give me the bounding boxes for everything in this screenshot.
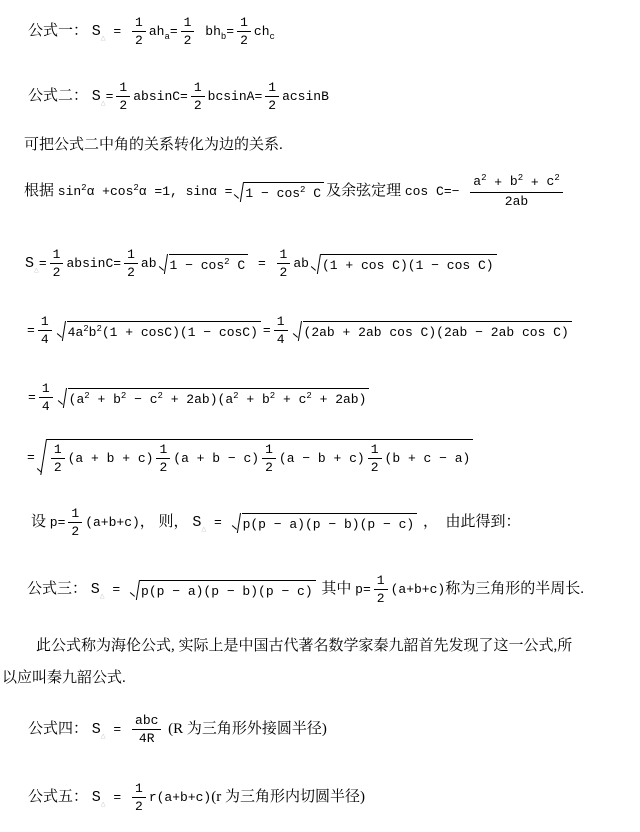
fraction: 12 <box>132 781 146 814</box>
fraction-numerator: abc <box>132 713 161 730</box>
cjk-text: 根据 <box>24 182 58 201</box>
cjk-text: 以应叫秦九韶公式. <box>2 669 126 688</box>
fraction-denominator: 2 <box>119 97 127 113</box>
sup-base-text: cos <box>110 184 133 199</box>
superscripted-term: a2 <box>473 174 486 191</box>
math-text: α + <box>87 183 110 200</box>
derivation-step-1-line: S△=12absinC=12ab1 − cos2 C = 12ab(1 + co… <box>25 247 499 280</box>
note-angle-to-side-line: 可把公式二中角的关系转化为边的关系. <box>24 136 283 155</box>
fraction: abc4R <box>132 713 161 746</box>
subscripted-term: aha <box>149 24 170 39</box>
radicand: p(p − a)(p − b)(p − c) <box>140 580 316 600</box>
math-text: 1 − <box>170 257 201 274</box>
square-root: 1 − cos2 C <box>159 254 249 274</box>
fraction-numerator: 1 <box>262 442 276 459</box>
fraction: 14 <box>38 314 52 347</box>
fraction: 12 <box>68 506 82 539</box>
radicand: (1 + cos C)(1 − cos C) <box>321 254 497 274</box>
fraction-numerator: 1 <box>124 247 138 264</box>
math-text: (a − b + c) <box>279 450 365 467</box>
fraction: 12 <box>156 442 170 475</box>
superscripted-term: cos2 <box>277 186 306 201</box>
triangle-area-symbol: S△ <box>25 255 39 272</box>
derivation-step-3-line: =14(a2 + b2 − c2 + 2ab)(a2 + b2 + c2 + 2… <box>28 381 371 414</box>
radicand: 12(a + b + c)12(a + b − c)12(a − b + c)1… <box>47 439 474 475</box>
fraction-numerator: 1 <box>132 15 146 32</box>
superscripted-term: a2 <box>76 392 89 407</box>
triangle-subscript-icon: △ <box>34 266 39 275</box>
sup-base-text: c <box>150 392 158 407</box>
math-text: = <box>206 514 229 531</box>
cjk-text: 公式四： <box>28 720 92 739</box>
fraction-numerator: 1 <box>237 15 251 32</box>
radicand: p(p − a)(p − b)(p − c) <box>242 513 418 533</box>
fraction-denominator: 2 <box>371 459 379 475</box>
fraction-denominator: 2 <box>135 32 143 48</box>
fraction-denominator: 4 <box>41 331 49 347</box>
math-text: ab <box>141 255 157 272</box>
math-document-page: 公式一： S△ = 12aha=12 bhb=12chc 公式二： S△=12a… <box>0 0 640 832</box>
fraction-numerator: 1 <box>51 442 65 459</box>
fraction-denominator: 2 <box>268 97 276 113</box>
math-text: = <box>250 255 273 272</box>
fraction-denominator: 2 <box>240 32 248 48</box>
math-text: absinC= <box>133 88 188 105</box>
fraction-numerator: 1 <box>156 442 170 459</box>
fraction-denominator: 2 <box>159 459 167 475</box>
square-root: p(p − a)(p − b)(p − c) <box>130 580 316 600</box>
sub-base-text: S <box>25 255 34 272</box>
triangle-area-symbol: S△ <box>92 23 106 40</box>
cjk-text: 公式二： <box>28 87 92 106</box>
math-text: p(p − a)(p − b)(p − c) <box>141 583 313 600</box>
sub-base-text: S <box>92 721 101 738</box>
sub-base-text: S <box>192 514 201 531</box>
fraction-denominator: 2ab <box>505 193 528 209</box>
cjk-text: 此公式称为海伦公式, 实际上是中国古代著名数学家秦九韶首先发现了这一公式,所 <box>36 637 572 656</box>
radical-sign-icon <box>57 321 67 341</box>
fraction-denominator: 4R <box>139 730 155 746</box>
sup-base-text: cos <box>201 258 224 273</box>
triangle-area-symbol: S△ <box>92 721 106 738</box>
fraction-numerator: 1 <box>368 442 382 459</box>
fraction: 12 <box>191 80 205 113</box>
fraction: 12 <box>181 15 195 48</box>
math-text: (1 + cosC)(1 − cosC) <box>102 324 258 341</box>
fraction-numerator: 1 <box>68 506 82 523</box>
superscript-text: 2 <box>270 391 275 401</box>
fraction: 12 <box>116 80 130 113</box>
math-text: (2ab + 2ab cos C)(2ab − 2ab cos C) <box>304 324 569 341</box>
formula-4-line: 公式四： S△ = abc4R (R 为三角形外接圆半径) <box>28 713 327 746</box>
sup-base-text: cos <box>277 186 300 201</box>
radical-sign-icon <box>37 439 47 475</box>
heron-note-line-1: 此公式称为海伦公式, 实际上是中国古代著名数学家秦九韶首先发现了这一公式,所 <box>36 637 572 656</box>
sub-base-text: bh <box>197 24 220 39</box>
math-text: α =1, sinα = <box>139 183 233 200</box>
math-text: + <box>486 174 509 191</box>
fraction-denominator: 4 <box>277 331 285 347</box>
formula-1-line: 公式一： S△ = 12aha=12 bhb=12chc <box>28 15 275 48</box>
triangle-subscript-icon: △ <box>101 99 106 108</box>
square-root: (1 + cos C)(1 − cos C) <box>311 254 497 274</box>
fraction-numerator: 1 <box>39 381 53 398</box>
math-text: 1 − <box>245 185 276 202</box>
fraction: 12 <box>237 15 251 48</box>
math-text: + <box>90 391 113 408</box>
radical-sign-icon <box>293 321 303 341</box>
formula-2-line: 公式二： S△=12absinC=12bcsinA=12acsinB <box>28 80 329 113</box>
math-text: + 2ab)( <box>163 391 225 408</box>
fraction-numerator: 1 <box>38 314 52 331</box>
radicand: (a2 + b2 − c2 + 2ab)(a2 + b2 + c2 + 2ab) <box>68 388 370 408</box>
math-text: ( <box>69 391 77 408</box>
cjk-text: ， 则， <box>140 513 193 532</box>
fraction-numerator: a2 + b2 + c2 <box>470 174 562 193</box>
fraction-numerator: 1 <box>274 314 288 331</box>
math-text: p(p − a)(p − b)(p − c) <box>243 516 415 533</box>
superscripted-term: cos2 <box>201 258 230 273</box>
superscript-text: 2 <box>224 257 229 267</box>
cjk-text: 可把公式二中角的关系转化为边的关系. <box>24 136 283 155</box>
subscripted-term: chc <box>254 24 275 39</box>
fraction: 12 <box>50 247 64 280</box>
fraction-numerator: 1 <box>265 80 279 97</box>
subscript-text: a <box>164 32 169 42</box>
sup-base-text: b <box>262 392 270 407</box>
math-text: = <box>28 389 36 406</box>
square-root: 4a2b2(1 + cosC)(1 − cosC) <box>57 321 261 341</box>
triangle-subscript-icon: △ <box>100 592 105 601</box>
math-text: (a+b+c) <box>85 514 140 531</box>
fraction-denominator: 2 <box>265 459 273 475</box>
radicand: 1 − cos2 C <box>169 254 249 274</box>
math-text: (b + c − a) <box>385 450 471 467</box>
superscript-text: 2 <box>84 391 89 401</box>
triangle-area-symbol: S△ <box>92 789 106 806</box>
math-text: (a + b − c) <box>173 450 259 467</box>
radical-sign-icon <box>311 254 321 274</box>
sup-base-text: b <box>510 174 518 189</box>
superscripted-term: b2 <box>113 392 126 407</box>
superscript-text: 2 <box>133 183 138 193</box>
fraction-numerator: 1 <box>50 247 64 264</box>
fraction-numerator: 1 <box>191 80 205 97</box>
fraction: 12 <box>262 442 276 475</box>
fraction-numerator: 1 <box>181 15 195 32</box>
cjk-text: (r 为三角形内切圆半径) <box>211 788 365 807</box>
math-text: absinC= <box>66 255 121 272</box>
cjk-text: 公式一： <box>28 22 92 41</box>
fraction: 12 <box>368 442 382 475</box>
radical-sign-icon <box>58 388 68 408</box>
subscript-text: c <box>270 32 275 42</box>
cjk-text: 公式五： <box>28 788 92 807</box>
superscripted-term: b2 <box>89 325 102 340</box>
math-text: = <box>106 23 129 40</box>
math-text: r(a+b+c) <box>149 789 211 806</box>
math-text: = <box>263 322 271 339</box>
math-text: bcsinA= <box>208 88 263 105</box>
formula-5-line: 公式五： S△ = 12r(a+b+c)(r 为三角形内切圆半径) <box>28 781 365 814</box>
radicand: (2ab + 2ab cos C)(2ab − 2ab cos C) <box>303 321 572 341</box>
math-text: + <box>275 391 298 408</box>
cjk-text: 设 <box>31 513 50 532</box>
fraction-denominator: 2 <box>135 798 143 814</box>
math-text: C <box>305 185 321 202</box>
superscripted-term: c2 <box>150 392 163 407</box>
fraction: a2 + b2 + c22ab <box>470 174 562 209</box>
math-text: C <box>230 257 246 274</box>
fraction: 14 <box>39 381 53 414</box>
superscripted-term: cos2 <box>110 184 139 199</box>
math-text: = <box>226 23 234 40</box>
square-root: 1 − cos2 C <box>234 182 324 202</box>
math-text: (a+b+c) <box>391 581 446 598</box>
derivation-step-4-line: =12(a + b + c)12(a + b − c)12(a − b + c)… <box>27 439 475 475</box>
triangle-area-symbol: S△ <box>192 514 206 531</box>
fraction-denominator: 2 <box>280 264 288 280</box>
radical-sign-icon <box>130 580 140 600</box>
formula-3-line: 公式三： S△ = p(p − a)(p − b)(p − c) 其中 p=12… <box>27 573 584 606</box>
fraction-denominator: 2 <box>53 264 61 280</box>
superscripted-term: sin2 <box>58 184 87 199</box>
superscripted-term: a2 <box>75 325 88 340</box>
math-text: p= <box>50 514 66 531</box>
superscripted-term: a2 <box>225 392 238 407</box>
fraction-numerator: 1 <box>132 781 146 798</box>
sup-base-text: a <box>225 392 233 407</box>
subscripted-term: bhb <box>197 24 226 39</box>
math-text: = <box>106 789 129 806</box>
superscript-text: 2 <box>481 173 486 183</box>
square-root: 12(a + b + c)12(a + b − c)12(a − b + c)1… <box>37 439 474 475</box>
math-text: + 2ab) <box>312 391 367 408</box>
radicand: 4a2b2(1 + cosC)(1 − cosC) <box>67 321 261 341</box>
triangle-subscript-icon: △ <box>201 525 206 534</box>
superscript-text: 2 <box>554 173 559 183</box>
cjk-text: (R 为三角形外接圆半径) <box>164 720 327 739</box>
math-text: (a + b + c) <box>68 450 154 467</box>
sub-base-text: S <box>92 789 101 806</box>
superscript-text: 2 <box>83 324 88 334</box>
fraction-numerator: 1 <box>116 80 130 97</box>
superscript-text: 2 <box>121 391 126 401</box>
fraction: 12 <box>277 247 291 280</box>
derivation-step-2-line: =144a2b2(1 + cosC)(1 − cosC)=14(2ab + 2a… <box>27 314 574 347</box>
radicand: 1 − cos2 C <box>244 182 324 202</box>
math-text: = <box>27 449 35 466</box>
square-root: (a2 + b2 − c2 + 2ab)(a2 + b2 + c2 + 2ab) <box>58 388 370 408</box>
sub-base-text: S <box>91 581 100 598</box>
superscript-text: 2 <box>306 391 311 401</box>
fraction: 12 <box>51 442 65 475</box>
math-text: + <box>523 174 546 191</box>
radical-sign-icon <box>234 182 244 202</box>
triangle-subscript-icon: △ <box>101 732 106 741</box>
fraction: 12 <box>132 15 146 48</box>
sub-base-text: S <box>92 88 101 105</box>
square-root: (2ab + 2ab cos C)(2ab − 2ab cos C) <box>293 321 572 341</box>
cjk-text: 其中 <box>318 580 356 599</box>
sup-base-text: a <box>473 174 481 189</box>
square-root: p(p − a)(p − b)(p − c) <box>232 513 418 533</box>
radical-sign-icon <box>159 254 169 274</box>
superscripted-term: b2 <box>262 392 275 407</box>
cjk-text: 及余弦定理 <box>326 182 405 201</box>
substitution-line: 设 p=12(a+b+c)， 则， S△ = p(p − a)(p − b)(p… <box>31 506 520 539</box>
fraction-numerator: 1 <box>374 573 388 590</box>
sub-base-text: ch <box>254 24 270 39</box>
math-text: = <box>27 322 35 339</box>
fraction-denominator: 2 <box>54 459 62 475</box>
fraction-numerator: 1 <box>277 247 291 264</box>
triangle-subscript-icon: △ <box>101 34 106 43</box>
fraction-denominator: 2 <box>127 264 135 280</box>
subscript-text: b <box>221 32 226 42</box>
math-text: p= <box>355 581 371 598</box>
math-text: ab <box>293 255 309 272</box>
fraction: 12 <box>265 80 279 113</box>
superscript-text: 2 <box>233 391 238 401</box>
sub-base-text: S <box>92 23 101 40</box>
sup-base-text: sin <box>58 184 81 199</box>
fraction-denominator: 2 <box>194 97 202 113</box>
derivation-basis-line: 根据 sin2α +cos2α =1, sinα =1 − cos2 C及余弦定… <box>24 174 566 209</box>
superscripted-term: c2 <box>299 392 312 407</box>
triangle-subscript-icon: △ <box>101 800 106 809</box>
fraction: 14 <box>274 314 288 347</box>
cjk-text: 公式三： <box>27 580 91 599</box>
math-text: cos C=− <box>405 183 467 200</box>
superscript-text: 2 <box>300 185 305 195</box>
fraction: 12 <box>374 573 388 606</box>
math-text: = <box>106 721 129 738</box>
math-text: = <box>106 88 114 105</box>
superscript-text: 2 <box>96 324 101 334</box>
superscript-text: 2 <box>158 391 163 401</box>
cjk-text: ， 由此得到： <box>419 513 520 532</box>
math-text: (1 + cos C)(1 − cos C) <box>322 257 494 274</box>
fraction-denominator: 2 <box>377 590 385 606</box>
math-text: 4 <box>68 324 76 341</box>
heron-note-line-2: 以应叫秦九韶公式. <box>2 669 126 688</box>
fraction-denominator: 2 <box>71 523 79 539</box>
math-text: = <box>170 23 178 40</box>
sup-base-text: b <box>113 392 121 407</box>
math-text: = <box>39 255 47 272</box>
radical-sign-icon <box>232 513 242 533</box>
superscript-text: 2 <box>81 183 86 193</box>
superscripted-term: b2 <box>510 174 523 191</box>
superscripted-term: c2 <box>547 174 560 191</box>
math-text: = <box>105 581 128 598</box>
triangle-area-symbol: S△ <box>92 88 106 105</box>
sub-base-text: ah <box>149 24 165 39</box>
superscript-text: 2 <box>518 173 523 183</box>
fraction-denominator: 4 <box>42 398 50 414</box>
fraction-denominator: 2 <box>184 32 192 48</box>
math-text: acsinB <box>282 88 329 105</box>
triangle-area-symbol: S△ <box>91 581 105 598</box>
math-text: − <box>126 391 149 408</box>
math-text: + <box>239 391 262 408</box>
cjk-text: 称为三角形的半周长. <box>445 580 584 599</box>
fraction: 12 <box>124 247 138 280</box>
